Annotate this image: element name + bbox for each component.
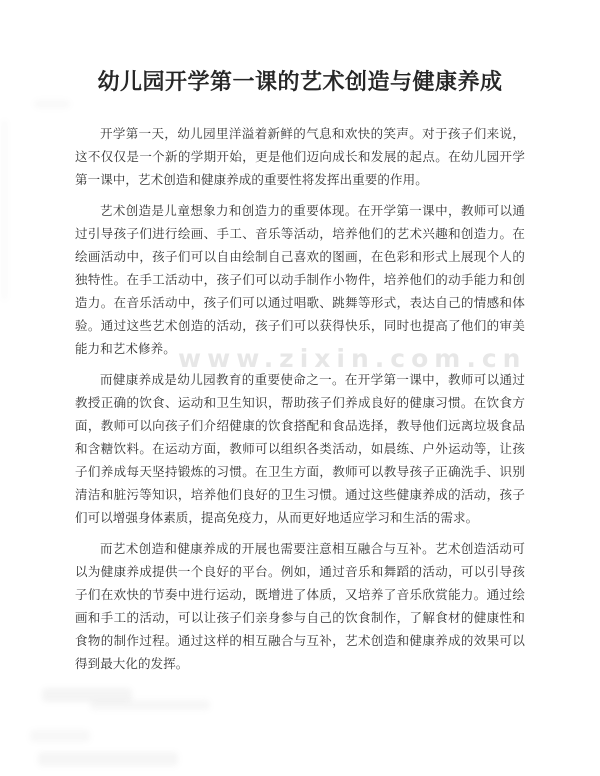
scan-artifact xyxy=(38,752,178,766)
paragraph-3: 而健康养成是幼儿园教育的重要使命之一。在开学第一课中，教师可以通过教授正确的饮食… xyxy=(75,369,525,530)
paragraph-1: 开学第一天，幼儿园里洋溢着新鲜的气息和欢快的笑声。对于孩子们来说，这不仅仅是一个… xyxy=(75,123,525,192)
document-page: 幼儿园开学第一课的艺术创造与健康养成 开学第一天，幼儿园里洋溢着新鲜的气息和欢快… xyxy=(0,0,600,776)
scan-artifact xyxy=(42,688,132,702)
scan-artifact xyxy=(30,730,90,742)
document-title: 幼儿园开学第一课的艺术创造与健康养成 xyxy=(75,68,525,98)
paragraph-2: 艺术创造是儿童想象力和创造力的重要体现。在开学第一课中，教师可以通过引导孩子们进… xyxy=(75,200,525,361)
scan-artifact xyxy=(90,700,210,710)
scan-artifact xyxy=(2,120,7,300)
paragraph-4: 而艺术创造和健康养成的开展也需要注意相互融合与互补。艺术创造活动可以为健康养成提… xyxy=(75,538,525,676)
scan-artifact xyxy=(34,100,70,108)
